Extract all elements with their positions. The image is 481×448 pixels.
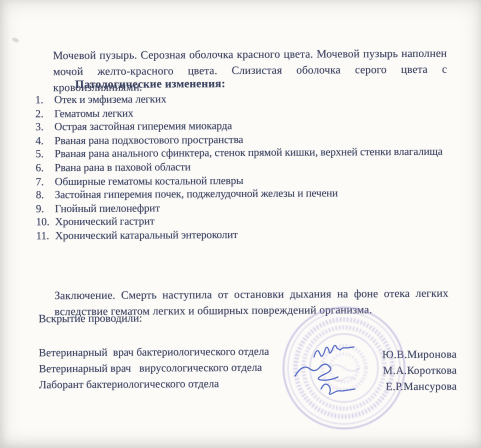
signers-block: Ветеринарный врач бактериологического от… xyxy=(39,343,457,394)
signer-role: Лаборант бактериологического отдела xyxy=(39,377,219,394)
signer-name: Е.Р.Мансурова xyxy=(386,379,457,396)
item-text: Отек и эмфизема легких xyxy=(54,93,166,107)
item-number xyxy=(35,94,54,108)
item-number xyxy=(35,108,54,122)
pathology-item: Хронический катаральный энтероколит xyxy=(36,228,456,244)
item-number xyxy=(35,135,54,149)
item-number xyxy=(36,162,55,176)
item-text: Гематомы легких xyxy=(54,107,133,121)
item-text: Обширные гематомы костальной плевры xyxy=(55,175,244,190)
item-number xyxy=(36,203,55,217)
signer-name: М.А.Короткова xyxy=(383,363,457,380)
item-number xyxy=(36,189,55,203)
item-text: Острая застойная гиперемия миокарда xyxy=(54,120,232,135)
item-text: Гнойный пиелонефрит xyxy=(55,202,160,216)
item-number xyxy=(36,149,55,163)
item-number xyxy=(35,121,54,135)
item-text: Рвана рана в паховой области xyxy=(55,161,191,175)
scanned-document-page: Мочевой пузырь. Серозная оболочка красно… xyxy=(0,0,481,448)
item-text: Рваная рана анального сфинктера, стенок … xyxy=(55,146,443,162)
item-text: Хронический катаральный энтероколит xyxy=(55,229,238,244)
signer-row: Ветеринарный врач бактериологического от… xyxy=(39,343,457,362)
item-text: Хронический гастрит xyxy=(55,216,155,230)
signer-role: Ветеринарный врач вирусологического отде… xyxy=(39,360,262,378)
item-number xyxy=(36,216,55,230)
item-text: Застойная гиперемия почек, поджелудочной… xyxy=(55,188,338,203)
pathology-heading: Патологические изменения: xyxy=(75,78,225,91)
document-text-layer: Мочевой пузырь. Серозная оболочка красно… xyxy=(0,0,481,448)
pathology-item: Рваная рана анального сфинктера, стенок … xyxy=(36,146,456,162)
signer-role: Ветеринарный врач бактериологического от… xyxy=(39,344,269,362)
pathology-list: Отек и эмфизема легких Гематомы легких О… xyxy=(35,92,456,244)
signer-name: Ю.В.Миронова xyxy=(382,347,457,364)
performed-by-label: Вскрытие проводили: xyxy=(39,313,143,326)
item-text: Рваная рана подхвостового пространства xyxy=(54,134,243,149)
item-number xyxy=(36,176,55,190)
item-number xyxy=(36,230,55,244)
